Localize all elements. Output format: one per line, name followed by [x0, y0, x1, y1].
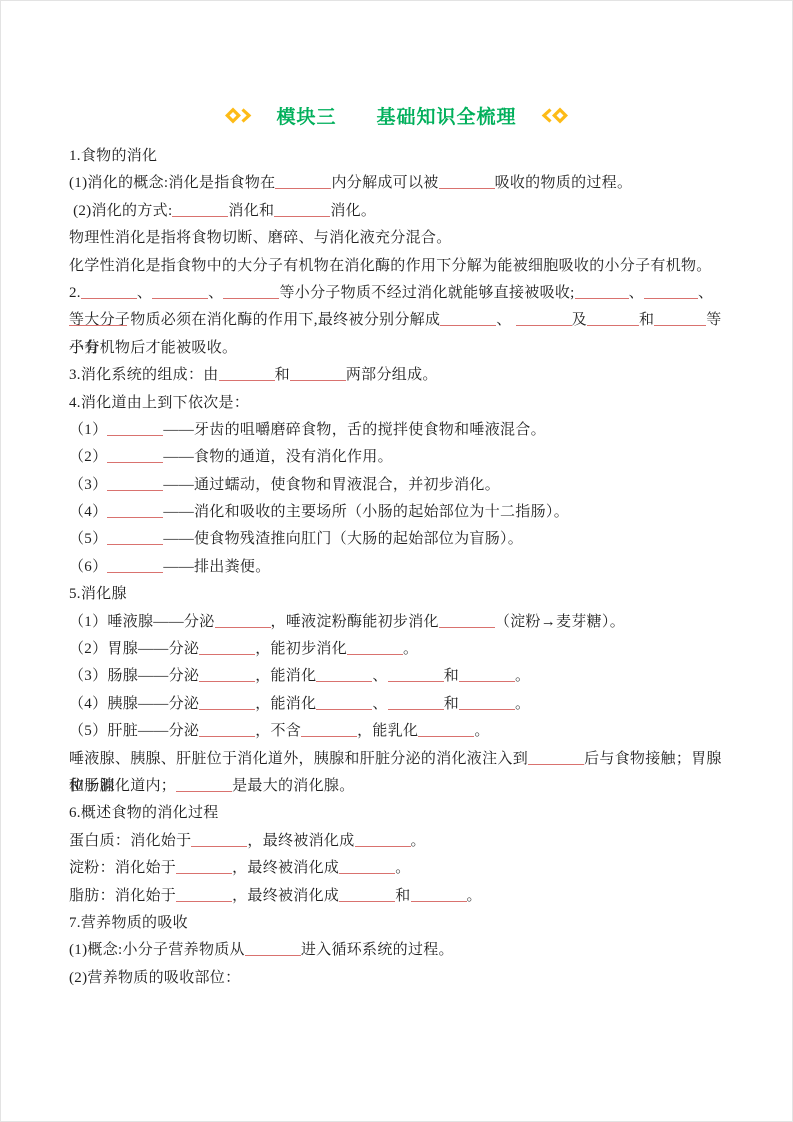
fill-in-blank — [176, 888, 232, 902]
text-segment: (1)消化的概念:消化是指食物在 — [69, 175, 275, 191]
text-line: 6.概述食物的消化过程 — [69, 800, 729, 827]
text-segment: （4） — [69, 504, 107, 520]
fill-in-blank — [176, 778, 232, 792]
fill-in-blank — [107, 559, 163, 573]
fill-in-blank — [654, 312, 706, 326]
text-segment: 淀粉：消化始于 — [69, 860, 176, 876]
section-title-text: 模块三 基础知识全梳理 — [276, 102, 516, 129]
text-segment: (2)消化的方式: — [69, 203, 172, 219]
document-body: 1.食物的消化(1)消化的概念:消化是指食物在内分解成可以被吸收的物质的过程。 … — [69, 143, 729, 992]
text-segment: (2)营养物质的吸收部位： — [69, 970, 240, 986]
text-segment: 、 — [208, 285, 223, 301]
text-line: （5）肝脏——分泌，不含，能乳化。 — [69, 718, 729, 745]
text-segment: ，不含 — [255, 723, 301, 739]
fill-in-blank — [274, 203, 330, 217]
text-segment: (1)概念:小分子营养物质从 — [69, 942, 245, 958]
text-segment: 等小分子物质不经过消化就能够直接被吸收; — [279, 285, 574, 301]
fill-in-blank — [439, 175, 495, 189]
text-segment: ——牙齿的咀嚼磨碎食物，舌的搅拌使食物和唾液混合。 — [163, 422, 546, 438]
text-segment: 和 — [444, 696, 459, 712]
text-line: （2）——食物的通道，没有消化作用。 — [69, 444, 729, 471]
text-line: 子有机物后才能被吸收。 — [69, 335, 729, 362]
text-segment: 。 — [515, 696, 530, 712]
text-segment: 物理性消化是指将食物切断、磨碎、与消化液充分混合。 — [69, 230, 452, 246]
text-segment: ，最终被消化成 — [247, 833, 354, 849]
text-segment: ，唾液淀粉酶能初步消化 — [271, 614, 439, 630]
text-segment: 7.营养物质的吸收 — [69, 915, 188, 931]
fill-in-blank — [516, 312, 572, 326]
fill-in-blank — [223, 285, 279, 299]
fill-in-blank — [290, 367, 346, 381]
fill-in-blank — [107, 477, 163, 491]
text-segment: ，最终被消化成 — [232, 888, 339, 904]
text-line: （6）——排出粪便。 — [69, 554, 729, 581]
section-title: 模块三 基础知识全梳理 — [1, 102, 792, 129]
text-segment: 消化。 — [330, 203, 376, 219]
text-segment: （2） — [69, 449, 107, 465]
text-line: 淀粉：消化始于，最终被消化成。 — [69, 855, 729, 882]
text-segment: 。 — [467, 888, 482, 904]
text-line: 2.、、等小分子物质不经过消化就能够直接被吸收;、、 — [69, 280, 729, 307]
fill-in-blank — [107, 422, 163, 436]
fill-in-blank — [69, 312, 127, 326]
text-line: 化学性消化是指食物中的大分子有机物在消化酶的作用下分解为能被细胞吸收的小分子有机… — [69, 253, 729, 280]
text-line: （3）肠腺——分泌，能消化、和。 — [69, 663, 729, 690]
text-segment: ——排出粪便。 — [163, 559, 270, 575]
text-line: 等大分子物质必须在消化酶的作用下,最终被分别分解成、 及和等小分 — [69, 307, 729, 334]
text-segment: 吸收的物质的过程。 — [495, 175, 633, 191]
fill-in-blank — [275, 175, 331, 189]
text-line: （2）胃腺——分泌，能初步消化。 — [69, 636, 729, 663]
text-segment: （5） — [69, 531, 107, 547]
fill-in-blank — [199, 641, 255, 655]
text-segment: （6） — [69, 559, 107, 575]
text-line: 脂肪：消化始于，最终被消化成和。 — [69, 883, 729, 910]
text-segment: ——食物的通道，没有消化作用。 — [163, 449, 393, 465]
diamond-chevron-right-icon — [224, 106, 252, 125]
text-segment: （1） — [69, 422, 107, 438]
text-segment: （3）肠腺——分泌 — [69, 668, 199, 684]
text-segment: 内分解成可以被 — [331, 175, 438, 191]
text-line: 位于消化道内；是最大的消化腺。 — [69, 773, 729, 800]
text-segment: 、 — [372, 696, 387, 712]
fill-in-blank — [339, 860, 395, 874]
fill-in-blank — [388, 668, 444, 682]
text-segment: 1.食物的消化 — [69, 148, 157, 164]
fill-in-blank — [107, 449, 163, 463]
diamond-chevron-left-icon — [541, 106, 569, 125]
text-segment: ，最终被消化成 — [232, 860, 339, 876]
text-segment: 。 — [474, 723, 489, 739]
text-segment: 两部分组成。 — [346, 367, 438, 383]
fill-in-blank — [575, 285, 629, 299]
text-line: （4）——消化和吸收的主要场所（小肠的起始部位为十二指肠）。 — [69, 499, 729, 526]
fill-in-blank — [245, 942, 301, 956]
text-line: 物理性消化是指将食物切断、磨碎、与消化液充分混合。 — [69, 225, 729, 252]
text-line: (2)消化的方式:消化和消化。 — [69, 198, 729, 225]
text-line: (1)消化的概念:消化是指食物在内分解成可以被吸收的物质的过程。 — [69, 170, 729, 197]
text-line: 5.消化腺 — [69, 581, 729, 608]
fill-in-blank — [107, 504, 163, 518]
fill-in-blank — [199, 696, 255, 710]
text-segment: 。 — [403, 641, 418, 657]
text-segment: （1）唾液腺——分泌 — [69, 614, 215, 630]
fill-in-blank — [347, 641, 403, 655]
text-line: 1.食物的消化 — [69, 143, 729, 170]
fill-in-blank — [301, 723, 357, 737]
text-line: (2)营养物质的吸收部位： — [69, 965, 729, 992]
text-line: （3）——通过蠕动，使食物和胃液混合，并初步消化。 — [69, 472, 729, 499]
fill-in-blank — [528, 751, 584, 765]
text-segment: ——使食物残渣推向肛门（大肠的起始部位为盲肠）。 — [163, 531, 523, 547]
text-segment: 4.消化道由上到下依次是： — [69, 395, 249, 411]
text-line: 4.消化道由上到下依次是： — [69, 390, 729, 417]
text-segment: ，能乳化 — [357, 723, 418, 739]
text-segment: ，能初步消化 — [255, 641, 347, 657]
fill-in-blank — [355, 833, 411, 847]
text-segment: 、 — [698, 285, 713, 301]
text-segment: （5）肝脏——分泌 — [69, 723, 199, 739]
text-segment: 进入循环系统的过程。 — [301, 942, 454, 958]
text-segment: 。 — [395, 860, 410, 876]
fill-in-blank — [459, 668, 515, 682]
text-segment: 脂肪：消化始于 — [69, 888, 176, 904]
text-segment: 及 — [572, 312, 587, 328]
text-segment: （3） — [69, 477, 107, 493]
text-segment: 、 — [372, 668, 387, 684]
text-line: （1）——牙齿的咀嚼磨碎食物，舌的搅拌使食物和唾液混合。 — [69, 417, 729, 444]
text-segment: （淀粉→麦芽糖）。 — [495, 614, 625, 630]
fill-in-blank — [215, 614, 271, 628]
text-segment: 和 — [395, 888, 410, 904]
text-segment: 。 — [515, 668, 530, 684]
text-line: (1)概念:小分子营养物质从进入循环系统的过程。 — [69, 937, 729, 964]
text-segment: 5.消化腺 — [69, 586, 127, 602]
text-segment: 和 — [444, 668, 459, 684]
text-line: 唾液腺、胰腺、肝脏位于消化道外，胰腺和肝脏分泌的消化液注入到后与食物接触；胃腺和… — [69, 746, 729, 773]
fill-in-blank — [459, 696, 515, 710]
text-segment: ，能消化 — [255, 696, 316, 712]
fill-in-blank — [81, 285, 137, 299]
text-segment: 、 — [496, 312, 515, 328]
text-segment: 化学性消化是指食物中的大分子有机物在消化酶的作用下分解为能被细胞吸收的小分子有机… — [69, 258, 712, 274]
text-segment: （4）胰腺——分泌 — [69, 696, 199, 712]
fill-in-blank — [644, 285, 698, 299]
text-segment: 、 — [629, 285, 644, 301]
fill-in-blank — [388, 696, 444, 710]
fill-in-blank — [411, 888, 467, 902]
text-segment: ——消化和吸收的主要场所（小肠的起始部位为十二指肠）。 — [163, 504, 569, 520]
text-segment: 蛋白质：消化始于 — [69, 833, 191, 849]
document-page: 模块三 基础知识全梳理 1.食物的消化(1)消化的概念:消化是指食物在内分解成可… — [0, 0, 793, 1122]
text-segment: 唾液腺、胰腺、肝脏位于消化道外，胰腺和肝脏分泌的消化液注入到 — [69, 751, 528, 767]
text-segment: 位于消化道内； — [69, 778, 176, 794]
text-segment: 、 — [137, 285, 152, 301]
fill-in-blank — [199, 668, 255, 682]
fill-in-blank — [316, 668, 372, 682]
text-segment: 。 — [411, 833, 426, 849]
text-line: 7.营养物质的吸收 — [69, 910, 729, 937]
text-segment: （2）胃腺——分泌 — [69, 641, 199, 657]
fill-in-blank — [339, 888, 395, 902]
text-segment: 和 — [275, 367, 290, 383]
text-line: （4）胰腺——分泌，能消化、和。 — [69, 691, 729, 718]
text-segment: 3.消化系统的组成：由 — [69, 367, 219, 383]
fill-in-blank — [316, 696, 372, 710]
text-segment: 是最大的消化腺。 — [232, 778, 354, 794]
fill-in-blank — [418, 723, 474, 737]
text-line: （5）——使食物残渣推向肛门（大肠的起始部位为盲肠）。 — [69, 526, 729, 553]
text-segment: 子有机物后才能被吸收。 — [69, 340, 237, 356]
fill-in-blank — [199, 723, 255, 737]
text-segment: 消化和 — [228, 203, 274, 219]
fill-in-blank — [191, 833, 247, 847]
text-line: （1）唾液腺——分泌，唾液淀粉酶能初步消化（淀粉→麦芽糖）。 — [69, 609, 729, 636]
text-segment: 和 — [639, 312, 654, 328]
fill-in-blank — [439, 614, 495, 628]
text-segment: ——通过蠕动，使食物和胃液混合，并初步消化。 — [163, 477, 500, 493]
fill-in-blank — [219, 367, 275, 381]
text-line: 蛋白质：消化始于，最终被消化成。 — [69, 828, 729, 855]
fill-in-blank — [587, 312, 639, 326]
fill-in-blank — [152, 285, 208, 299]
text-segment: 6.概述食物的消化过程 — [69, 805, 219, 821]
text-line: 3.消化系统的组成：由和两部分组成。 — [69, 362, 729, 389]
fill-in-blank — [172, 203, 228, 217]
fill-in-blank — [176, 860, 232, 874]
fill-in-blank — [107, 531, 163, 545]
text-segment: 2. — [69, 285, 81, 301]
text-segment: ，能消化 — [255, 668, 316, 684]
fill-in-blank — [440, 312, 496, 326]
